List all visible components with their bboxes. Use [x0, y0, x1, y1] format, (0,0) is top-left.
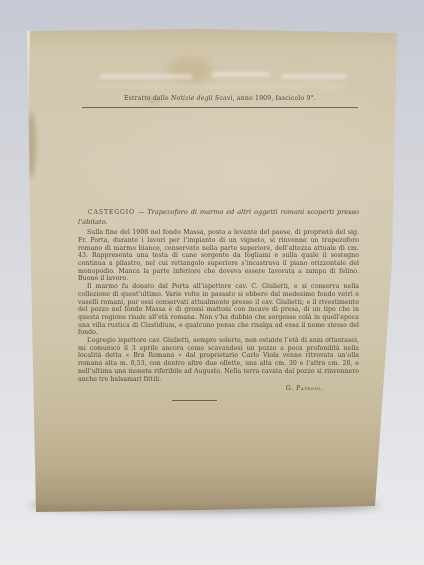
article-paragraph-2: Il marmo fu donato dal Porta all’ispetto… [78, 283, 359, 337]
verso-show-through-mark [282, 74, 346, 79]
article-paragraphs: Sulla fine del 1908 nel fondo Massa, pos… [78, 229, 359, 383]
verso-show-through-mark [96, 85, 346, 88]
extract-header-note: Estratto dalle Notizie degli Scavi, anno… [82, 95, 358, 103]
article-heading: CASTEGGIO — Trapezoforo di marmo ed altr… [78, 208, 359, 226]
photo-backdrop: Estratto dalle Notizie degli Scavi, anno… [0, 0, 424, 565]
paper-left-edge-highlight [17, 30, 30, 513]
article-paragraph-3: L’egregio ispettore cav. Giulietti, semp… [78, 337, 359, 383]
header-note-journal-title: Notizie degli Scavi [171, 95, 233, 102]
author-signature: G. Patroni. [78, 385, 359, 392]
foxing-stain-left-edge [27, 112, 36, 178]
article-paragraph-1: Sulla fine del 1908 nel fondo Massa, pos… [78, 229, 359, 283]
article-place-name: CASTEGGIO [88, 209, 135, 216]
header-note-suffix: , anno 1909, fascicolo 9°. [233, 95, 316, 102]
header-divider-rule [82, 107, 358, 108]
foxing-stain-top [168, 58, 212, 84]
article-body: CASTEGGIO — Trapezoforo di marmo ed altr… [78, 208, 359, 401]
verso-show-through-mark [212, 72, 270, 77]
header-note-prefix: Estratto dalle [124, 95, 171, 102]
offprint-sheet: Estratto dalle Notizie degli Scavi, anno… [0, 0, 424, 565]
verso-show-through-mark [100, 74, 192, 79]
end-divider-rule [172, 400, 217, 401]
article-heading-separator: — [135, 208, 147, 216]
